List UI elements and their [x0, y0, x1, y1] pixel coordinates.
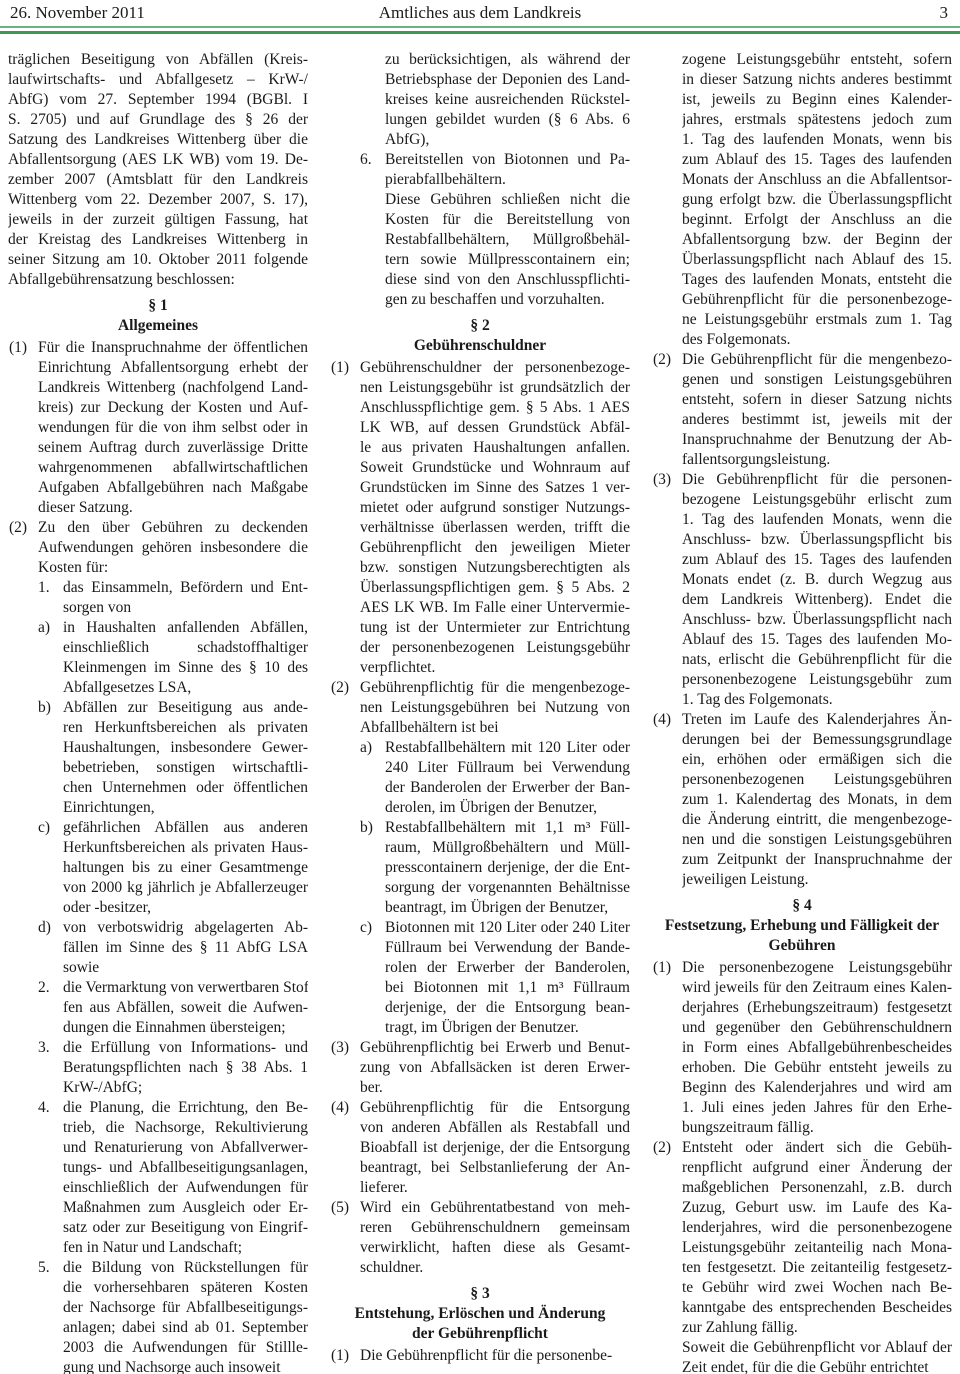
- heading-line: Entstehung, Erlöschen und Änderung: [330, 1304, 630, 1324]
- text-line: mietet oder aufgrund sonstiger Nutzungs-: [360, 498, 630, 518]
- text-line: 1. Juli eines jeden Jahres für den Erhe-: [682, 1098, 952, 1118]
- list-item: a)in Haushalten anfallenden Abfällen,ein…: [8, 618, 308, 698]
- text-line: das Einsammeln, Befördern und Ent-: [63, 578, 308, 598]
- text-line: Leistungsgebühr zeitanteilig nach Mona-: [682, 1238, 952, 1258]
- column-left: träglichen Beseitigung von Abfällen (Kre…: [8, 50, 308, 1374]
- text-line: seinem Auftrag durch zuverlässige Dritte: [38, 438, 308, 458]
- text-line: laufwirtschafts- und Abfallgesetz – KrW-…: [8, 70, 308, 90]
- list-label: (1): [9, 338, 27, 358]
- text-line: Treten im Laufe des Kalenderjahres Än-: [682, 710, 952, 730]
- list-item: b)Abfällen zur Beseitigung aus ande-ren …: [8, 698, 308, 818]
- list-item: (4)Gebührenpflichtig für die Entsorgungv…: [330, 1098, 630, 1198]
- text-line: Beginn des Kalenderjahres und wird am: [682, 1078, 952, 1098]
- text-line: le aus privaten Haushaltungen anfallen.: [360, 438, 630, 458]
- text-line: jeweils in der zurzeit gültigen Fassung,…: [8, 210, 308, 230]
- text-line: kreis) zur Deckung der Kosten und Auf-: [38, 398, 308, 418]
- text-line: die Bildung von Rückstellungen für: [63, 1258, 308, 1278]
- text-line: beantragt, bei Selbstanlieferung der An-: [360, 1158, 630, 1178]
- text-line: KrW-/AbfG;: [63, 1078, 308, 1098]
- text-line: kreises keine ausreichenden Rückstel-: [385, 90, 630, 110]
- header-title: Amtliches aus dem Landkreis: [0, 3, 960, 23]
- text-line: nen Leistungsgebühren bei Nutzung von: [360, 698, 630, 718]
- text-line: tern sowie Müllpresscontainern ein;: [385, 250, 630, 270]
- text-line: AES LK WB. Im Falle einer Untervermie-: [360, 598, 630, 618]
- list-label: (5): [331, 1198, 349, 1218]
- text-line: dem Landkreis Wittenberg). Endet die: [682, 590, 952, 610]
- list-label: (3): [331, 1038, 349, 1058]
- list-item: c)Biotonnen mit 120 Liter oder 240 Liter…: [330, 918, 630, 1038]
- list-label: 5.: [38, 1258, 50, 1278]
- text-line: beantragt, im Übrigen der Benutzer,: [385, 898, 630, 918]
- text-line: verwirklicht, haften diese als Gesamt-: [360, 1238, 630, 1258]
- paragraph: zogene Leistungsgebühr entsteht, soferni…: [652, 50, 952, 350]
- text-line: Ablauf des 15. Tages des laufenden Mo-: [682, 630, 952, 650]
- list-label: (1): [331, 1346, 349, 1366]
- text-line: bezogene Leistungsgebühr erlischt zum: [682, 490, 952, 510]
- text-line: zur Zahlung fällig.: [682, 1318, 952, 1338]
- text-line: beginnt. Erfolgt der Anschluss an die: [682, 210, 952, 230]
- text-line: Einrichtung Abfallentsorgung erhebt der: [38, 358, 308, 378]
- list-item: 3.die Erfüllung von Informations- undBer…: [8, 1038, 308, 1098]
- section-heading: § 3Entstehung, Erlöschen und Änderungder…: [330, 1284, 630, 1344]
- text-line: Anschluss- bzw. Überlassungspflicht bis: [682, 530, 952, 550]
- text-line: fen aus Abfällen, soweit die Aufwen-: [63, 998, 308, 1018]
- paragraph: Diese Gebühren schließen nicht dieKosten…: [330, 190, 630, 310]
- text-line: Beratungspflichten nach § 38 Abs. 1: [63, 1058, 308, 1078]
- text-line: die vorhersehbaren späteren Kosten: [63, 1278, 308, 1298]
- text-line: in Haushalten anfallenden Abfällen,: [63, 618, 308, 638]
- text-line: und gegenüber den Gebührenschuldnern: [682, 1018, 952, 1038]
- text-line: Soweit Grundstücke und Wohnraum auf: [360, 458, 630, 478]
- text-line: AbfG) vom 27. September 1994 (BGBl. I: [8, 90, 308, 110]
- text-line: Abfallbehältern ist bei: [360, 718, 630, 738]
- text-line: Einrichtungen,: [63, 798, 308, 818]
- text-line: renpflicht aufgrund einer Änderung der: [682, 1158, 952, 1178]
- section-heading: § 1Allgemeines: [8, 296, 308, 336]
- text-line: ist, jeweils zu Beginn eines Kalender-: [682, 90, 952, 110]
- text-line: fen in Natur und Landschaft;: [63, 1238, 308, 1258]
- text-line: Tages des laufenden Monats, entsteht die: [682, 270, 952, 290]
- list-item: (2)Zu den über Gebühren zu deckendenAufw…: [8, 518, 308, 578]
- text-line: te Gebühr wird zwei Wochen nach Be-: [682, 1278, 952, 1298]
- list-item: 4.die Planung, die Errichtung, den Be-tr…: [8, 1098, 308, 1258]
- list-label: 3.: [38, 1038, 50, 1058]
- list-label: (2): [653, 350, 671, 370]
- text-line: reren Gebührenschuldnern gemeinsam: [360, 1218, 630, 1238]
- text-line: Kosten für:: [38, 558, 308, 578]
- text-line: einschließlich schadstoffhaltiger: [63, 638, 308, 658]
- text-line: dieser Satzung.: [38, 498, 308, 518]
- heading-line: § 2: [330, 316, 630, 336]
- text-line: Restabfallbehältern mit 120 Liter oder: [385, 738, 630, 758]
- text-line: tragt, im Übrigen der Benutzer.: [385, 1018, 630, 1038]
- text-line: und Renaturierung von Abfallverwer-: [63, 1138, 308, 1158]
- text-line: seiner Sitzung am 10. Oktober 2011 folge…: [8, 250, 308, 270]
- text-line: Bereitstellen von Biotonnen und Pa-: [385, 150, 630, 170]
- text-line: presscontainern derjenige, der die Ent-: [385, 858, 630, 878]
- text-line: gung und Nachsorge auch insoweit: [63, 1358, 308, 1374]
- text-line: ber.: [360, 1078, 630, 1098]
- list-label: (4): [653, 710, 671, 730]
- heading-line: Festsetzung, Erhebung und Fälligkeit der: [652, 916, 952, 936]
- heading-line: § 3: [330, 1284, 630, 1304]
- text-line: Kosten für die Bereitstellung von: [385, 210, 630, 230]
- list-item: (3)Die Gebührenpflicht für die personen-…: [652, 470, 952, 710]
- text-line: haltungen bis zu einer Gesamtmenge: [63, 858, 308, 878]
- list-item: (4)Treten im Laufe des Kalenderjahres Än…: [652, 710, 952, 890]
- list-label: (2): [9, 518, 27, 538]
- heading-line: der Gebührenpflicht: [330, 1324, 630, 1344]
- text-line: von anderen Abfällen als Restabfall und: [360, 1118, 630, 1138]
- header-double-rule: [0, 26, 960, 34]
- list-item: (2)Die Gebührenpflicht für die mengenbez…: [652, 350, 952, 470]
- text-line: gen zu beschaffen und vorzuhalten.: [385, 290, 630, 310]
- text-line: die Änderung eintritt, die mengenbezoge-: [682, 810, 952, 830]
- text-line: Diese Gebühren schließen nicht die: [385, 190, 630, 210]
- text-line: des Folgemonats.: [682, 330, 952, 350]
- list-item: (2)Gebührenpflichtig für die mengenbezog…: [330, 678, 630, 738]
- text-line: Satzung des Landkreises Wittenberg über …: [8, 130, 308, 150]
- text-line: LK WB, auf dessen Grundstück Abfäl-: [360, 418, 630, 438]
- text-line: Überlassungspflicht nach Ablauf des 15.: [682, 250, 952, 270]
- list-item: (1)Für die Inanspruchnahme der öffentlic…: [8, 338, 308, 518]
- text-line: die Vermarktung von verwertbaren Stof-: [63, 978, 308, 998]
- text-line: Inanspruchnahme der Benutzung der Ab-: [682, 430, 952, 450]
- text-line: zember 2007 (Amtsblatt für den Landkreis: [8, 170, 308, 190]
- text-line: AbfG),: [385, 130, 630, 150]
- text-line: lungen gebildet wurden (§ 6 Abs. 6: [385, 110, 630, 130]
- list-label: (1): [653, 958, 671, 978]
- paragraph: träglichen Beseitigung von Abfällen (Kre…: [8, 50, 308, 290]
- text-line: Für die Inanspruchnahme der öffentlichen: [38, 338, 308, 358]
- text-line: ein, erhöhen oder ermäßigen sich die: [682, 750, 952, 770]
- text-line: entsteht, sofern in dieser Satzung nicht…: [682, 390, 952, 410]
- text-line: zum 1. Kalendertag des Monats, in dem: [682, 790, 952, 810]
- paragraph: Soweit die Gebührenpflicht vor Ablauf de…: [652, 1338, 952, 1374]
- list-label: b): [360, 818, 373, 838]
- text-line: 2003 die Aufwendungen für Stillle-: [63, 1338, 308, 1358]
- text-line: Betriebsphase der Deponien des Land-: [385, 70, 630, 90]
- heading-line: § 4: [652, 896, 952, 916]
- text-line: Die Gebührenpflicht für die personen-: [682, 470, 952, 490]
- list-label: (4): [331, 1098, 349, 1118]
- list-label: c): [360, 918, 372, 938]
- text-line: Abfällen zur Beseitigung aus ande-: [63, 698, 308, 718]
- text-line: zogene Leistungsgebühr entsteht, sofern: [682, 50, 952, 70]
- heading-line: Gebührenschuldner: [330, 336, 630, 356]
- text-line: zung von Abfallsäcken ist deren Erwer-: [360, 1058, 630, 1078]
- text-line: in Form eines Abfallgebührenbescheides: [682, 1038, 952, 1058]
- text-line: anlagen; dabei sind ab 01. September: [63, 1318, 308, 1338]
- list-label: c): [38, 818, 50, 838]
- text-line: 1. Tag des laufenden Monats, wenn bis: [682, 130, 952, 150]
- text-line: schuldner.: [360, 1258, 630, 1278]
- text-line: Maßnahmen zum Ausgleich oder Er-: [63, 1198, 308, 1218]
- text-line: Abfallgesetzes LSA,: [63, 678, 308, 698]
- text-line: nen und die sonstigen Leistungsgebühren: [682, 830, 952, 850]
- list-item: (1)Die personenbezogene Leistungsgebührw…: [652, 958, 952, 1138]
- text-line: derolen, im Übrigen der Benutzer,: [385, 798, 630, 818]
- list-item: (2)Entsteht oder ändert sich die Gebüh-r…: [652, 1138, 952, 1338]
- text-line: Aufwendungen gehören insbesondere die: [38, 538, 308, 558]
- text-line: nen Leistungsgebühr ist grundsätzlich de…: [360, 378, 630, 398]
- text-line: zu berücksichtigen, als während der: [385, 50, 630, 70]
- text-line: genen und sonstigen Leistungsgebühren: [682, 370, 952, 390]
- text-line: pierabfallbehältern.: [385, 170, 630, 190]
- text-line: Aufgaben Abfallgebühren nach Maßgabe: [38, 478, 308, 498]
- text-line: 1. Tag des laufenden Monats, wenn die: [682, 510, 952, 530]
- text-line: Monats der Anschluss an die Abfallentsor…: [682, 170, 952, 190]
- header-page-number: 3: [940, 3, 949, 23]
- text-line: Die Gebührenpflicht für die mengenbezo-: [682, 350, 952, 370]
- text-line: gung erfolgt bzw. die Überlassungspflich…: [682, 190, 952, 210]
- text-line: Soweit die Gebührenpflicht vor Ablauf de…: [682, 1338, 952, 1358]
- text-line: sowie: [63, 958, 308, 978]
- list-item: 2.die Vermarktung von verwertbaren Stof-…: [8, 978, 308, 1038]
- text-line: bei Biotonnen mit 1,1 m³ Füllraum: [385, 978, 630, 998]
- gazette-page: 26. November 2011 Amtliches aus dem Land…: [0, 0, 960, 1374]
- text-line: die Planung, die Errichtung, den Be-: [63, 1098, 308, 1118]
- heading-line: § 1: [8, 296, 308, 316]
- text-line: bebetrieben, sonstigen wirtschaftli-: [63, 758, 308, 778]
- list-item: (1)Die Gebührenpflicht für die personenb…: [330, 1346, 630, 1366]
- text-line: personenbezogenen Leistungsgebühren: [682, 770, 952, 790]
- text-line: Gebührenschuldner der personenbezoge-: [360, 358, 630, 378]
- text-line: diese sind von den Anschlusspflichti-: [385, 270, 630, 290]
- list-item: (5)Wird ein Gebührentatbestand von meh-r…: [330, 1198, 630, 1278]
- text-line: Entsteht oder ändert sich die Gebüh-: [682, 1138, 952, 1158]
- text-line: lieferer.: [360, 1178, 630, 1198]
- text-line: S. 2705) und auf Grundlage des § 26 der: [8, 110, 308, 130]
- list-item: 5.die Bildung von Rückstellungen fürdie …: [8, 1258, 308, 1374]
- text-line: fällen im Sinne des § 11 AbfG LSA: [63, 938, 308, 958]
- text-line: rolen der Erwerber der Banderolen,: [385, 958, 630, 978]
- text-line: der Banderolen der Erwerber der Ban-: [385, 778, 630, 798]
- text-line: Bioabfall ist derjenige, der die Entsorg…: [360, 1138, 630, 1158]
- text-line: wird jeweils für den Zeitraum eines Kale…: [682, 978, 952, 998]
- list-label: d): [38, 918, 51, 938]
- text-line: von verbotswidrig abgelagerten Ab-: [63, 918, 308, 938]
- text-line: Die personenbezogene Leistungsgebühr: [682, 958, 952, 978]
- text-line: Monats endet (z. B. durch Wegzug aus: [682, 570, 952, 590]
- text-line: verhältnisse überlassen werden, trifft d…: [360, 518, 630, 538]
- text-line: Biotonnen mit 120 Liter oder 240 Liter: [385, 918, 630, 938]
- list-item: a)Restabfallbehältern mit 120 Liter oder…: [330, 738, 630, 818]
- text-line: Gebührenpflichtig bei Erwerb und Benut-: [360, 1038, 630, 1058]
- text-line: kanntgabe des entsprechenden Bescheides: [682, 1298, 952, 1318]
- text-line: erhoben. Die Gebühr entsteht jeweils zu: [682, 1058, 952, 1078]
- text-line: der Kreistag des Landkreises Wittenberg …: [8, 230, 308, 250]
- text-line: ne Leistungsgebühr erstmals zum 1. Tag: [682, 310, 952, 330]
- text-line: wendungen für die von ihm selbst oder in: [38, 418, 308, 438]
- text-line: die Erfüllung von Informations- und: [63, 1038, 308, 1058]
- text-line: personenbezogene Leistungsgebühr zum: [682, 670, 952, 690]
- text-line: Kleinmengen im Sinne des § 10 des: [63, 658, 308, 678]
- text-line: lenderjahres, wird die personenbezogene: [682, 1218, 952, 1238]
- section-heading: § 4Festsetzung, Erhebung und Fälligkeit …: [652, 896, 952, 956]
- list-label: (1): [331, 358, 349, 378]
- column-middle: zu berücksichtigen, als während derBetri…: [330, 50, 630, 1374]
- list-label: 1.: [38, 578, 50, 598]
- section-heading: § 2Gebührenschuldner: [330, 316, 630, 356]
- text-line: oder -besitzer,: [63, 898, 308, 918]
- text-line: Grundstücken im Sinne des Satzes 1 ver-: [360, 478, 630, 498]
- text-line: verpflichtet.: [360, 658, 630, 678]
- text-line: Wird ein Gebührentatbestand von meh-: [360, 1198, 630, 1218]
- text-line: Gebührenpflichtig für die mengenbezoge-: [360, 678, 630, 698]
- text-line: Die Gebührenpflicht für die personenbe-: [360, 1346, 630, 1366]
- text-line: Haushaltungen, insbesondere Gewer-: [63, 738, 308, 758]
- text-line: Gebührenpflichtig für die Entsorgung: [360, 1098, 630, 1118]
- list-label: 4.: [38, 1098, 50, 1118]
- text-line: Füllraum bei Verwendung der Bande-: [385, 938, 630, 958]
- column-right: zogene Leistungsgebühr entsteht, soferni…: [652, 50, 952, 1374]
- list-item: c)gefährlichen Abfällen aus anderenHerku…: [8, 818, 308, 918]
- list-label: a): [38, 618, 50, 638]
- text-line: Abfallentsorgung (AES LK WB) vom 19. De-: [8, 150, 308, 170]
- list-label: (2): [331, 678, 349, 698]
- text-line: in dieser Satzung nichts anderes bestimm…: [682, 70, 952, 90]
- text-line: zum Ablauf des 15. Tages des laufenden: [682, 150, 952, 170]
- text-line: Anschluss- bzw. Überlassungspflicht nach: [682, 610, 952, 630]
- text-line: gefährlichen Abfällen aus anderen: [63, 818, 308, 838]
- list-item: (3)Gebührenpflichtig bei Erwerb und Benu…: [330, 1038, 630, 1098]
- text-line: von 2000 kg jährlich je Abfallerzeuger: [63, 878, 308, 898]
- text-line: Restabfallbehältern, Müllgroßbehäl-: [385, 230, 630, 250]
- text-line: maßgeblichen Personenzahl, z.B. durch: [682, 1178, 952, 1198]
- list-item: b)Restabfallbehältern mit 1,1 m³ Füll-ra…: [330, 818, 630, 918]
- text-line: Anschlusspflichtige gem. § 5 Abs. 1 AES: [360, 398, 630, 418]
- text-line: fallentsorgungsleistung.: [682, 450, 952, 470]
- text-line: einschließlich der Aufwendungen für: [63, 1178, 308, 1198]
- text-line: Zu den über Gebühren zu deckenden: [38, 518, 308, 538]
- text-line: sorgung der vorgenannten Behältnisse: [385, 878, 630, 898]
- paragraph: zu berücksichtigen, als während derBetri…: [330, 50, 630, 150]
- text-line: zum Zeitpunkt der Inanspruchnahme der: [682, 850, 952, 870]
- text-line: jeweiligen Leistung.: [682, 870, 952, 890]
- text-line: ren Herkunftsbereichen als privaten: [63, 718, 308, 738]
- text-line: anderes bestimmt ist, jeweils mit der: [682, 410, 952, 430]
- text-line: bzw. sonstigen Nutzungsberechtigten als: [360, 558, 630, 578]
- text-line: Zeit endet, für die die Gebühr entrichte…: [682, 1358, 952, 1374]
- text-line: satz oder zur Beseitigung von Eingrif-: [63, 1218, 308, 1238]
- text-line: Herkunftsbereichen als privaten Haus-: [63, 838, 308, 858]
- list-label: b): [38, 698, 51, 718]
- list-label: a): [360, 738, 372, 758]
- text-line: chen Unternehmen oder öffentlichen: [63, 778, 308, 798]
- list-label: (2): [653, 1138, 671, 1158]
- text-line: Abfallgebührensatzung beschlossen:: [8, 270, 308, 290]
- list-item: 1.das Einsammeln, Befördern und Ent-sorg…: [8, 578, 308, 618]
- text-line: derungen bei der Bemessungsgrundlage: [682, 730, 952, 750]
- text-line: der personenbezogenen Leistungsgebühr: [360, 638, 630, 658]
- heading-line: Allgemeines: [8, 316, 308, 336]
- text-line: Landkreis Wittenberg (nachfolgend Land-: [38, 378, 308, 398]
- text-line: sorgen von: [63, 598, 308, 618]
- text-line: Gebührenpflicht für die personenbezoge-: [682, 290, 952, 310]
- text-line: derjahres (Erhebungszeitraum) festgesetz…: [682, 998, 952, 1018]
- list-item: (1)Gebührenschuldner der personenbezoge-…: [330, 358, 630, 678]
- text-line: Abfallentsorgung bzw. der Beginn der: [682, 230, 952, 250]
- text-line: bungszeitraum fällig.: [682, 1118, 952, 1138]
- text-line: Zuzug, Geburt usw. im Laufe des Ka-: [682, 1198, 952, 1218]
- list-label: 6.: [360, 150, 372, 170]
- text-line: derjenige, der die Entsorgung bean-: [385, 998, 630, 1018]
- text-line: Wittenberg vom 22. Dezember 2007, S. 17)…: [8, 190, 308, 210]
- text-line: nats, erlischt die Gebührenpflicht für d…: [682, 650, 952, 670]
- page-header: 26. November 2011 Amtliches aus dem Land…: [0, 0, 960, 26]
- text-line: jahres, erstmals spätestens jedoch zum: [682, 110, 952, 130]
- text-line: raum, Müllgroßbehältern und Müll-: [385, 838, 630, 858]
- text-line: tungs- und Abfallbeseitigungsanlagen,: [63, 1158, 308, 1178]
- text-line: zum Ablauf des 15. Tages des laufenden: [682, 550, 952, 570]
- list-label: (3): [653, 470, 671, 490]
- text-line: tung ist der Untermieter zur Entrichtung: [360, 618, 630, 638]
- list-item: d)von verbotswidrig abgelagerten Ab-fäll…: [8, 918, 308, 978]
- text-line: 240 Liter Füllraum bei Verwendung: [385, 758, 630, 778]
- text-line: trieb, die Nachsorge, Rekultivierung: [63, 1118, 308, 1138]
- text-line: ten festgesetzt. Die zeitanteilig festge…: [682, 1258, 952, 1278]
- text-line: wahrgenommenen abfallwirtschaftlichen: [38, 458, 308, 478]
- text-line: 1. Tag des Folgemonats.: [682, 690, 952, 710]
- heading-line: Gebühren: [652, 936, 952, 956]
- text-line: Restabfallbehältern mit 1,1 m³ Füll-: [385, 818, 630, 838]
- text-line: träglichen Beseitigung von Abfällen (Kre…: [8, 50, 308, 70]
- text-line: dungen die Einnahmen übersteigen;: [63, 1018, 308, 1038]
- list-item: 6.Bereitstellen von Biotonnen und Pa-pie…: [330, 150, 630, 190]
- text-line: Überlassungspflichtigen gem. § 5 Abs. 2: [360, 578, 630, 598]
- text-line: der Nachsorge für Abfallbeseitigungs-: [63, 1298, 308, 1318]
- text-columns: träglichen Beseitigung von Abfällen (Kre…: [0, 34, 960, 1374]
- list-label: 2.: [38, 978, 50, 998]
- text-line: Gebührenpflicht den jeweiligen Mieter: [360, 538, 630, 558]
